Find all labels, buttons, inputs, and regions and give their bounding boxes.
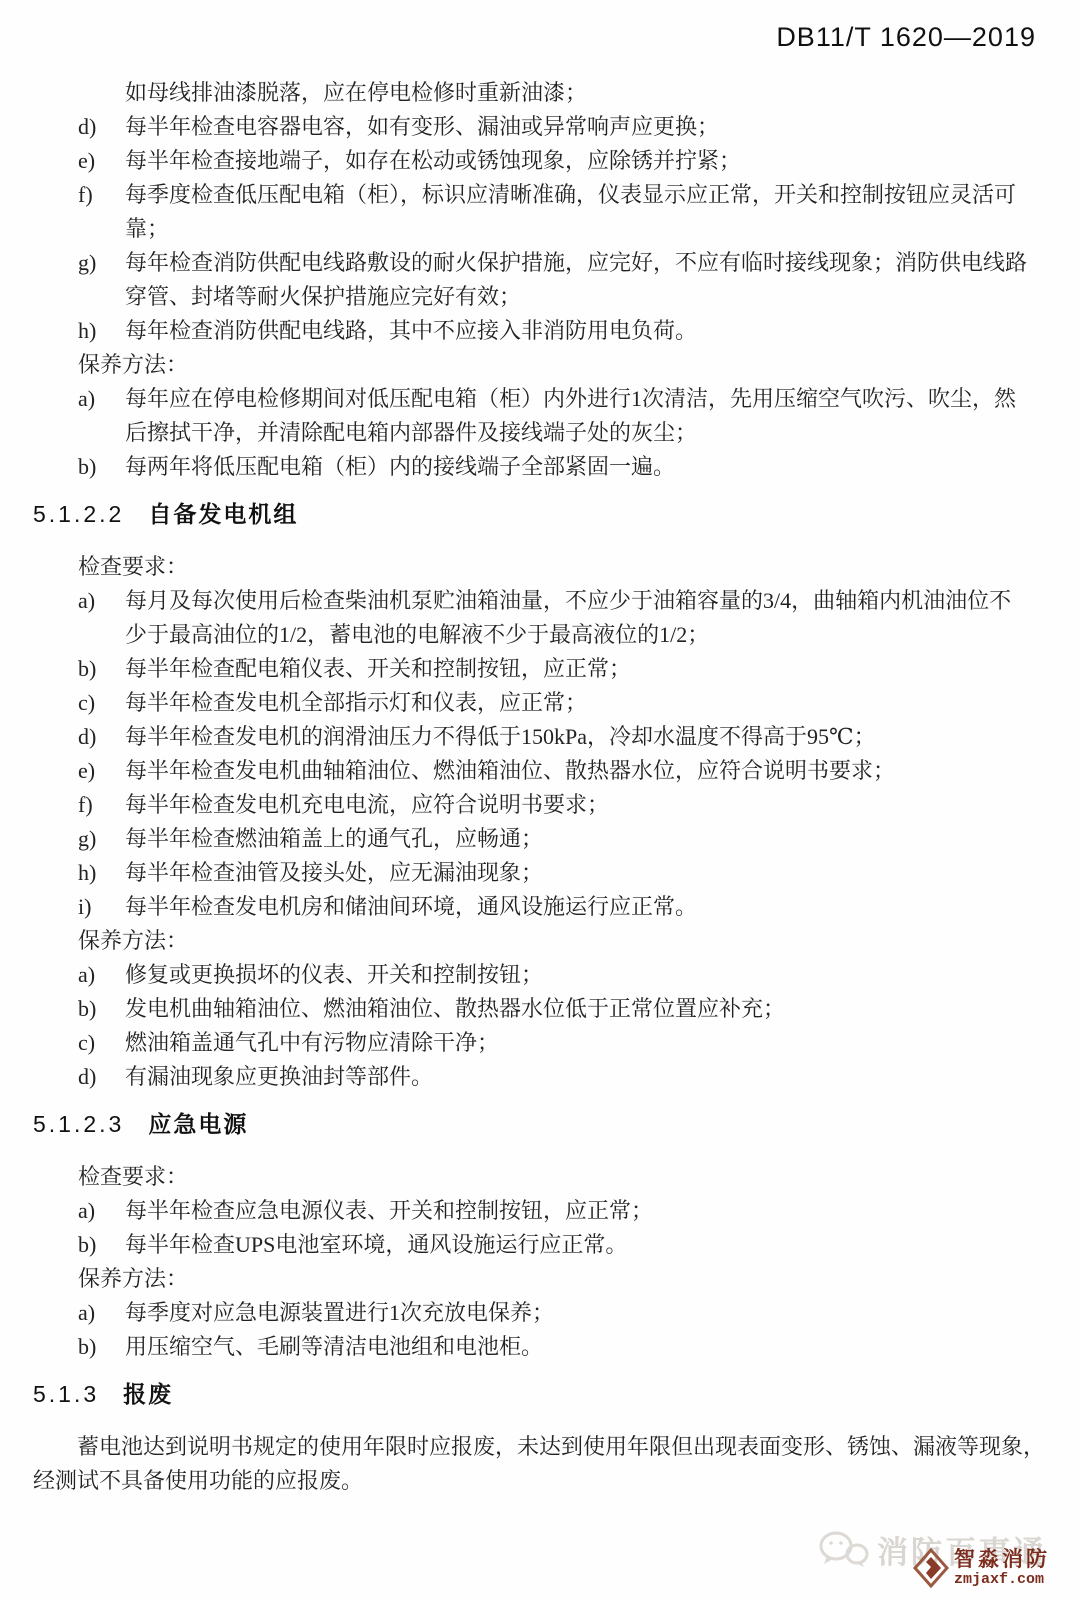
- group-label: 检查要求：: [78, 550, 1055, 584]
- list-item-label: f): [78, 178, 125, 246]
- list-item-text: 每两年将低压配电箱（柜）内的接线端子全部紧固一遍。: [125, 450, 1055, 484]
- body-paragraph: 蓄电池达到说明书规定的使用年限时应报废，未达到使用年限但出现表面变形、锈蚀、漏液…: [33, 1430, 1055, 1498]
- list-item-label: c): [78, 1026, 125, 1060]
- brand-title: 智淼消防: [954, 1548, 1050, 1571]
- list-item: b)每两年将低压配电箱（柜）内的接线端子全部紧固一遍。: [78, 450, 1055, 484]
- list-item-label: e): [78, 754, 125, 788]
- list-item-text: 每半年检查燃油箱盖上的通气孔，应畅通；: [125, 822, 1055, 856]
- list-item-label: e): [78, 144, 125, 178]
- list-item-text: 有漏油现象应更换油封等部件。: [125, 1060, 1055, 1094]
- list-item: d)每半年检查发电机的润滑油压力不得低于150kPa，冷却水温度不得高于95℃；: [78, 720, 1055, 754]
- list-item: d)每半年检查电容器电容，如有变形、漏油或异常响声应更换；: [78, 110, 1055, 144]
- section-heading: 5.1.3报废: [33, 1377, 1055, 1411]
- list-item: i)每半年检查发电机房和储油间环境，通风设施运行应正常。: [78, 890, 1055, 924]
- diamond-logo-icon: [913, 1548, 949, 1588]
- list-item-label: a): [78, 382, 125, 450]
- group-label: 保养方法：: [78, 1262, 1055, 1296]
- list-item: e)每半年检查接地端子，如存在松动或锈蚀现象，应除锈并拧紧；: [78, 144, 1055, 178]
- list-item: g)每半年检查燃油箱盖上的通气孔，应畅通；: [78, 822, 1055, 856]
- list-item: a)修复或更换损坏的仪表、开关和控制按钮；: [78, 958, 1055, 992]
- section-title: 应急电源: [148, 1111, 248, 1137]
- section-title: 自备发电机组: [148, 501, 298, 527]
- list-item-label: a): [78, 958, 125, 992]
- list-item-text: 每季度检查低压配电箱（柜），标识应清晰准确，仪表显示应正常，开关和控制按钮应灵活…: [125, 178, 1055, 246]
- list-item: b)每半年检查UPS电池室环境，通风设施运行应正常。: [78, 1228, 1055, 1262]
- list-item-text: 每半年检查接地端子，如存在松动或锈蚀现象，应除锈并拧紧；: [125, 144, 1055, 178]
- list-item-text: 每半年检查发电机房和储油间环境，通风设施运行应正常。: [125, 890, 1055, 924]
- list-item-text: 每半年检查发电机全部指示灯和仪表，应正常；: [125, 686, 1055, 720]
- list-item-label: b): [78, 450, 125, 484]
- list-item: a)每月及每次使用后检查柴油机泵贮油箱油量，不应少于油箱容量的3/4，曲轴箱内机…: [78, 584, 1055, 652]
- list-item-text: 每半年检查应急电源仪表、开关和控制按钮，应正常；: [125, 1194, 1055, 1228]
- list-item: a)每年应在停电检修期间对低压配电箱（柜）内外进行1次清洁，先用压缩空气吹污、吹…: [78, 382, 1055, 450]
- list-item-label: b): [78, 1228, 125, 1262]
- list-item-label: f): [78, 788, 125, 822]
- list-item-label: d): [78, 1060, 125, 1094]
- list-item-label: a): [78, 584, 125, 652]
- list-item-label: d): [78, 110, 125, 144]
- list-item-label: i): [78, 890, 125, 924]
- list-item-text: 燃油箱盖通气孔中有污物应清除干净；: [125, 1026, 1055, 1060]
- list-item-text: 每半年检查配电箱仪表、开关和控制按钮，应正常；: [125, 652, 1055, 686]
- list-item-text: 每半年检查发电机的润滑油压力不得低于150kPa，冷却水温度不得高于95℃；: [125, 720, 1055, 754]
- list-item-text: 每季度对应急电源装置进行1次充放电保养；: [125, 1296, 1055, 1330]
- list-item-label: a): [78, 1296, 125, 1330]
- list-item-label: g): [78, 822, 125, 856]
- list-item: f)每季度检查低压配电箱（柜），标识应清晰准确，仪表显示应正常，开关和控制按钮应…: [78, 178, 1055, 246]
- list-item-text: 每年检查消防供配电线路，其中不应接入非消防用电负荷。: [125, 314, 1055, 348]
- brand-logo: 智淼消防 zmjaxf.com: [913, 1548, 1050, 1588]
- group-label: 保养方法：: [78, 348, 1055, 382]
- list-item-text: 每年应在停电检修期间对低压配电箱（柜）内外进行1次清洁，先用压缩空气吹污、吹尘，…: [125, 382, 1055, 450]
- document-body: 如母线排油漆脱落，应在停电检修时重新油漆；d)每半年检查电容器电容，如有变形、漏…: [33, 76, 1055, 1498]
- list-item-text: 每半年检查油管及接头处，应无漏油现象；: [125, 856, 1055, 890]
- list-item: h)每半年检查油管及接头处，应无漏油现象；: [78, 856, 1055, 890]
- list-item: f)每半年检查发电机充电电流，应符合说明书要求；: [78, 788, 1055, 822]
- list-item-text: 每半年检查发电机充电电流，应符合说明书要求；: [125, 788, 1055, 822]
- list-item: b)发电机曲轴箱油位、燃油箱油位、散热器水位低于正常位置应补充；: [78, 992, 1055, 1026]
- group-label: 检查要求：: [78, 1160, 1055, 1194]
- list-item-text: 用压缩空气、毛刷等清洁电池组和电池柜。: [125, 1330, 1055, 1364]
- list-item-text: 修复或更换损坏的仪表、开关和控制按钮；: [125, 958, 1055, 992]
- wechat-bubbles-icon: [815, 1530, 869, 1570]
- section-heading: 5.1.2.2自备发电机组: [33, 497, 1055, 531]
- list-item-label: d): [78, 720, 125, 754]
- list-item-label: b): [78, 652, 125, 686]
- list-item-text: 每半年检查UPS电池室环境，通风设施运行应正常。: [125, 1228, 1055, 1262]
- list-item: c)每半年检查发电机全部指示灯和仪表，应正常；: [78, 686, 1055, 720]
- list-item-label: c): [78, 686, 125, 720]
- list-item-text: 每半年检查发电机曲轴箱油位、燃油箱油位、散热器水位，应符合说明书要求；: [125, 754, 1055, 788]
- brand-site: zmjaxf.com: [954, 1571, 1050, 1588]
- list-item: e)每半年检查发电机曲轴箱油位、燃油箱油位、散热器水位，应符合说明书要求；: [78, 754, 1055, 788]
- list-item: b)每半年检查配电箱仪表、开关和控制按钮，应正常；: [78, 652, 1055, 686]
- standard-number: DB11/T 1620—2019: [776, 22, 1036, 53]
- list-item-label: h): [78, 856, 125, 890]
- list-item: a)每季度对应急电源装置进行1次充放电保养；: [78, 1296, 1055, 1330]
- list-item-label: b): [78, 1330, 125, 1364]
- list-item: c)燃油箱盖通气孔中有污物应清除干净；: [78, 1026, 1055, 1060]
- list-item-label: a): [78, 1194, 125, 1228]
- document-page: { "page": { "header": "DB11/T 1620—2019"…: [0, 0, 1080, 1598]
- section-title: 报废: [123, 1381, 173, 1407]
- list-item: b)用压缩空气、毛刷等清洁电池组和电池柜。: [78, 1330, 1055, 1364]
- list-item-text: 每年检查消防供配电线路敷设的耐火保护措施，应完好，不应有临时接线现象；消防供电线…: [125, 246, 1055, 314]
- list-item-label: g): [78, 246, 125, 314]
- section-number: 5.1.3: [33, 1381, 99, 1407]
- section-number: 5.1.2.3: [33, 1111, 124, 1137]
- list-item: d)有漏油现象应更换油封等部件。: [78, 1060, 1055, 1094]
- list-item: a)每半年检查应急电源仪表、开关和控制按钮，应正常；: [78, 1194, 1055, 1228]
- section-heading: 5.1.2.3应急电源: [33, 1107, 1055, 1141]
- list-item: h)每年检查消防供配电线路，其中不应接入非消防用电负荷。: [78, 314, 1055, 348]
- continuation-text: 如母线排油漆脱落，应在停电检修时重新油漆；: [125, 76, 1055, 110]
- group-label: 保养方法：: [78, 924, 1055, 958]
- list-item-text: 每半年检查电容器电容，如有变形、漏油或异常响声应更换；: [125, 110, 1055, 144]
- section-number: 5.1.2.2: [33, 501, 124, 527]
- list-item-label: b): [78, 992, 125, 1026]
- list-item-text: 每月及每次使用后检查柴油机泵贮油箱油量，不应少于油箱容量的3/4，曲轴箱内机油油…: [125, 584, 1055, 652]
- list-item-label: h): [78, 314, 125, 348]
- list-item-text: 发电机曲轴箱油位、燃油箱油位、散热器水位低于正常位置应补充；: [125, 992, 1055, 1026]
- list-item: g)每年检查消防供配电线路敷设的耐火保护措施，应完好，不应有临时接线现象；消防供…: [78, 246, 1055, 314]
